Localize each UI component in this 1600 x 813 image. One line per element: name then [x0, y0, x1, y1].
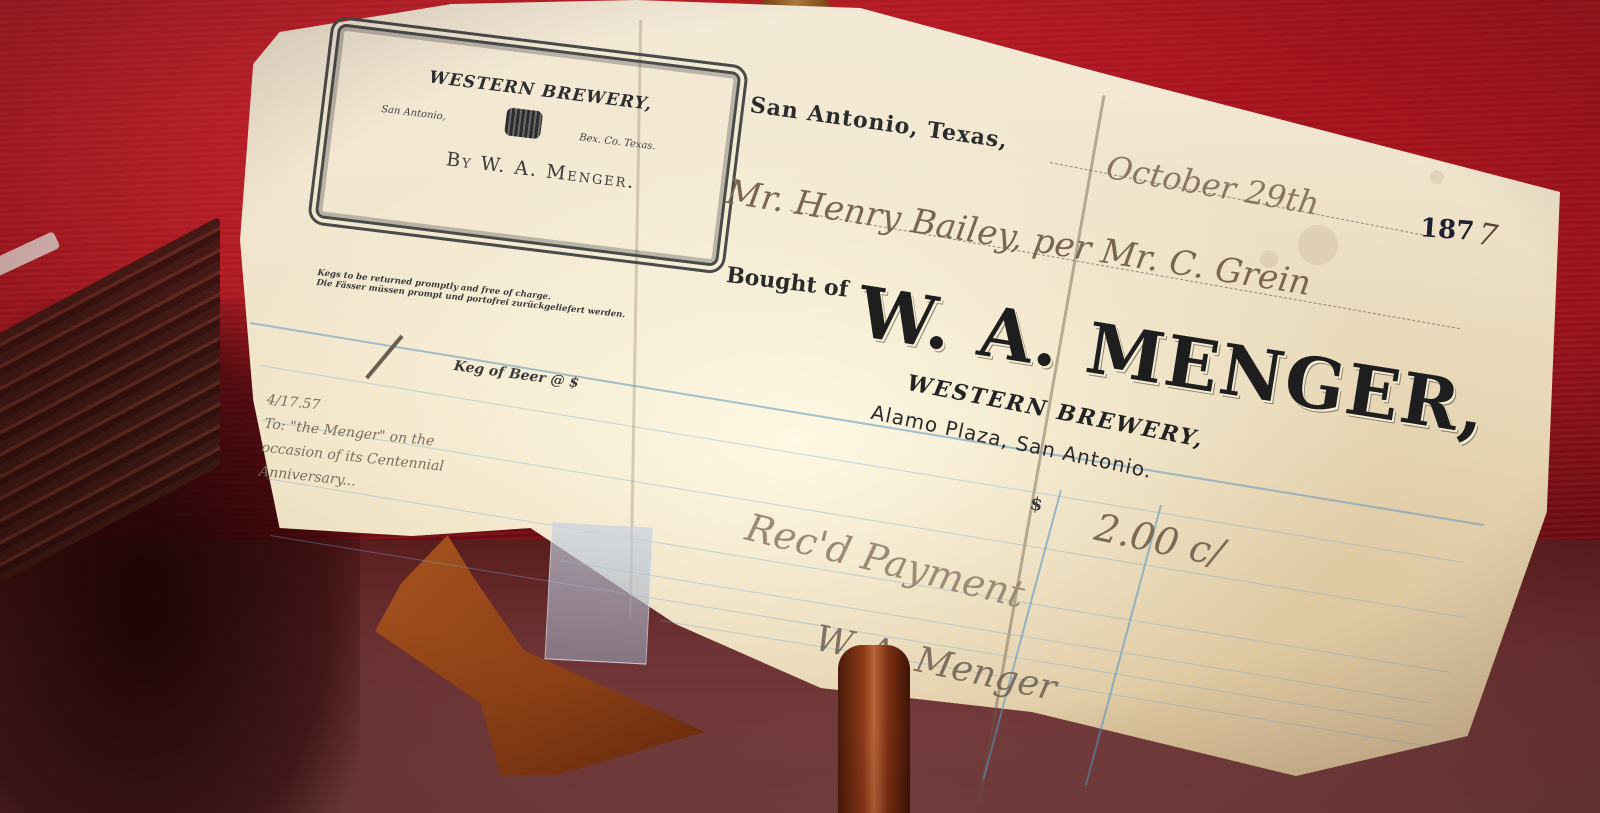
label-location-left: San Antonio,: [381, 104, 447, 123]
water-stain: [1298, 225, 1338, 265]
handwritten-memo: 4/17.57 To: "the Menger" on the occasion…: [258, 388, 450, 503]
printed-year: 187: [1419, 213, 1475, 247]
water-stain: [1430, 170, 1444, 184]
repair-tape: [544, 522, 653, 664]
photo-scene: WESTERN BREWERY, San Antonio, Bex. Co. T…: [0, 0, 1600, 813]
stand-peg: [838, 645, 910, 813]
barrel-icon: [504, 107, 543, 139]
label-location-right: Bex. Co. Texas.: [579, 132, 657, 152]
